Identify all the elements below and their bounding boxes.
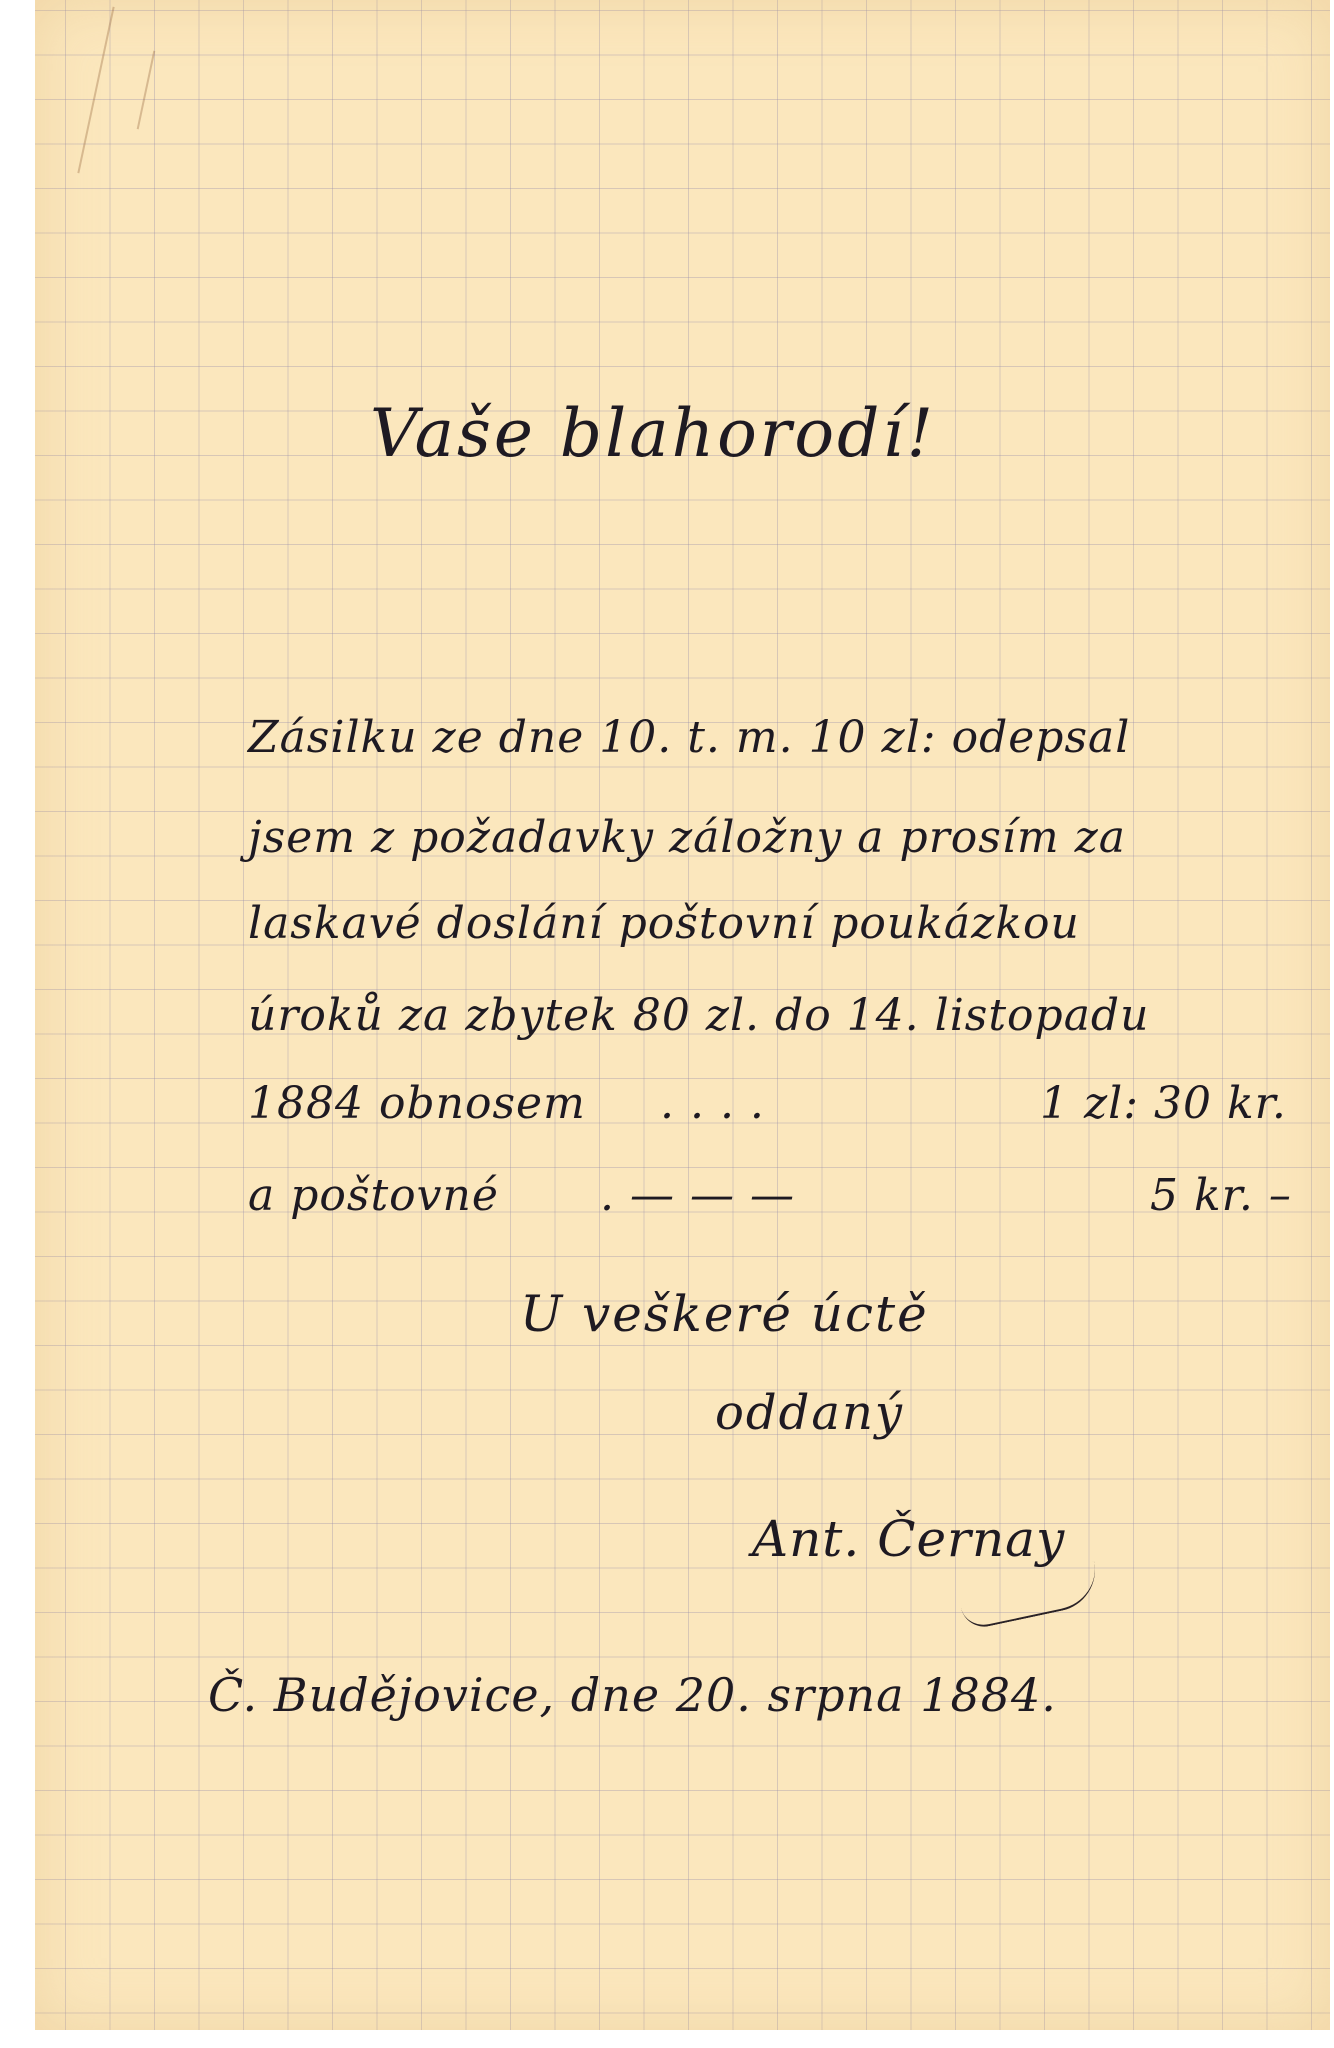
body-line-3: laskavé doslání poštovní poukázkou <box>248 898 1080 949</box>
line-item-2-label: a poštovné <box>248 1170 499 1221</box>
pencil-mark <box>77 7 114 174</box>
signature: Ant. Černay <box>752 1510 1065 1568</box>
line-item-1-label: 1884 obnosem <box>248 1078 586 1129</box>
line-item-1-amount: 1 zl: 30 kr. <box>1040 1078 1287 1129</box>
pencil-mark <box>137 51 156 130</box>
closing-oddany: oddaný <box>715 1385 904 1441</box>
body-line-4: úroků za zbytek 80 zl. do 14. listopadu <box>248 990 1149 1041</box>
place-date: Č. Budějovice, dne 20. srpna 1884. <box>208 1668 1057 1722</box>
line-item-1-leader: . . . . <box>660 1078 765 1129</box>
salutation: Vaše blahorodí! <box>370 395 936 472</box>
line-item-2-amount: 5 kr. – <box>1150 1170 1292 1221</box>
body-line-1: Zásilku ze dne 10. t. m. 10 zl: odepsal <box>248 712 1130 763</box>
line-item-2-leader: . — — — <box>600 1170 795 1221</box>
body-line-2: jsem z požadavky záložny a prosím za <box>248 812 1126 863</box>
closing-line: U veškeré úctě <box>520 1285 929 1343</box>
